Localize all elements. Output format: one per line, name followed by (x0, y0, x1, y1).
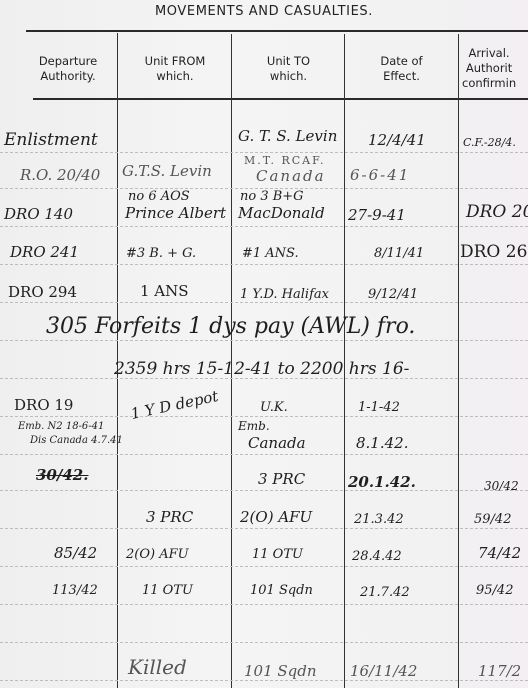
entry-date: 27-9-41 (348, 206, 406, 224)
entry-arrival: 74/42 (478, 544, 521, 562)
entry-departure: Enlistment (4, 131, 98, 149)
entry-unit-to: 1 Y.D. Halifax (240, 286, 329, 304)
entry-departure: DRO 294 (8, 283, 77, 301)
entry-date: 20.1.42. (348, 473, 416, 491)
entry-unit-from: 1 Y D depot (129, 387, 220, 423)
entry-unit-to: MacDonald (238, 204, 325, 222)
entry-arrival: 117/2 (478, 662, 521, 680)
ruled-line (0, 566, 528, 567)
entry-unit-to: Canada (256, 167, 326, 185)
ruled-line (0, 490, 528, 491)
ruled-line (0, 642, 528, 643)
entry-unit-from: 3 PRC (146, 508, 193, 526)
entry-unit-from: Prince Albert (125, 204, 226, 222)
entry-arrival: 59/42 (474, 511, 511, 529)
header-arrival-authority: Arrival. Authorit confirmin (462, 38, 528, 98)
entry-departure: 85/42 (54, 544, 97, 562)
entry-arrival: 30/42 (484, 477, 519, 495)
entry-departure: Dis Canada 4.7.41 (30, 432, 123, 450)
entry-date: 21.3.42 (354, 511, 404, 529)
ruled-line (0, 454, 528, 455)
entry-date: 28.4.42 (352, 548, 402, 566)
entry-date: 16/11/42 (350, 662, 417, 680)
entry-departure: 113/42 (52, 582, 98, 600)
ruled-line (0, 528, 528, 529)
entry-unit-from: 1 ANS (140, 282, 189, 300)
header-bottom-border (33, 98, 528, 100)
entry-unit-to: #1 ANS. (242, 245, 299, 263)
entry-unit-to: U.K. (260, 399, 288, 417)
entry-departure: 30/42. (36, 466, 88, 484)
ruled-line (0, 604, 528, 605)
entry-departure: DRO 19 (14, 396, 73, 414)
ruled-line (0, 340, 528, 341)
entry-unit-to: G. T. S. Levin (238, 127, 337, 145)
table-top-border (26, 30, 528, 32)
entry-unit-to: 101 Sqdn (244, 662, 317, 680)
entry-unit-from: Killed (128, 658, 187, 676)
entry-unit-to: 11 OTU (252, 546, 303, 564)
entry-departure: DRO 241 (10, 243, 79, 261)
entry-unit-to: 3 PRC (258, 470, 305, 488)
entry-unit-to: Emb. (238, 417, 270, 435)
ruled-line (0, 264, 528, 265)
header-departure-authority: Departure Authority. (18, 44, 118, 94)
form-title: MOVEMENTS AND CASUALTIES. (0, 4, 528, 19)
entry-note: 2359 hrs 15-12-41 to 2200 hrs 16- (114, 360, 409, 378)
entry-unit-from: G.T.S. Levin (122, 162, 212, 180)
entry-date: 12/4/41 (368, 131, 426, 149)
entry-date: 9/12/41 (368, 286, 418, 304)
header-date-of-effect: Date of Effect. (345, 44, 458, 94)
record-page: MOVEMENTS AND CASUALTIES. Departure Auth… (0, 0, 528, 688)
entry-arrival: C.F.-28/4. (463, 134, 516, 152)
entry-unit-to: Canada (248, 434, 306, 452)
entry-departure: DRO 140 (4, 205, 73, 223)
entry-departure: R.O. 20/40 (20, 166, 100, 184)
entry-unit-to: 101 Sqdn (250, 582, 313, 600)
entry-date: 21.7.42 (360, 584, 410, 602)
entry-date: 8/11/41 (374, 245, 424, 263)
entry-unit-from: #3 B. + G. (126, 245, 196, 263)
entry-note: 305 Forfeits 1 dys pay (AWL) fro. (46, 318, 415, 336)
header-unit-from: Unit FROM which. (118, 44, 232, 94)
ruled-line (0, 680, 528, 681)
column-divider (458, 34, 459, 688)
entry-arrival: 95/42 (476, 582, 513, 600)
entry-date: 1-1-42 (358, 399, 400, 417)
entry-unit-from: 11 OTU (142, 582, 193, 600)
entry-arrival: DRO 20 (466, 203, 528, 221)
entry-arrival: DRO 26 (460, 243, 527, 261)
entry-unit-to: 2(O) AFU (240, 508, 312, 526)
ruled-line (0, 226, 528, 227)
entry-date: 6-6-41 (350, 166, 410, 184)
entry-date: 8.1.42. (356, 434, 408, 452)
header-unit-to: Unit TO which. (232, 44, 345, 94)
entry-unit-from: 2(O) AFU (126, 546, 189, 564)
